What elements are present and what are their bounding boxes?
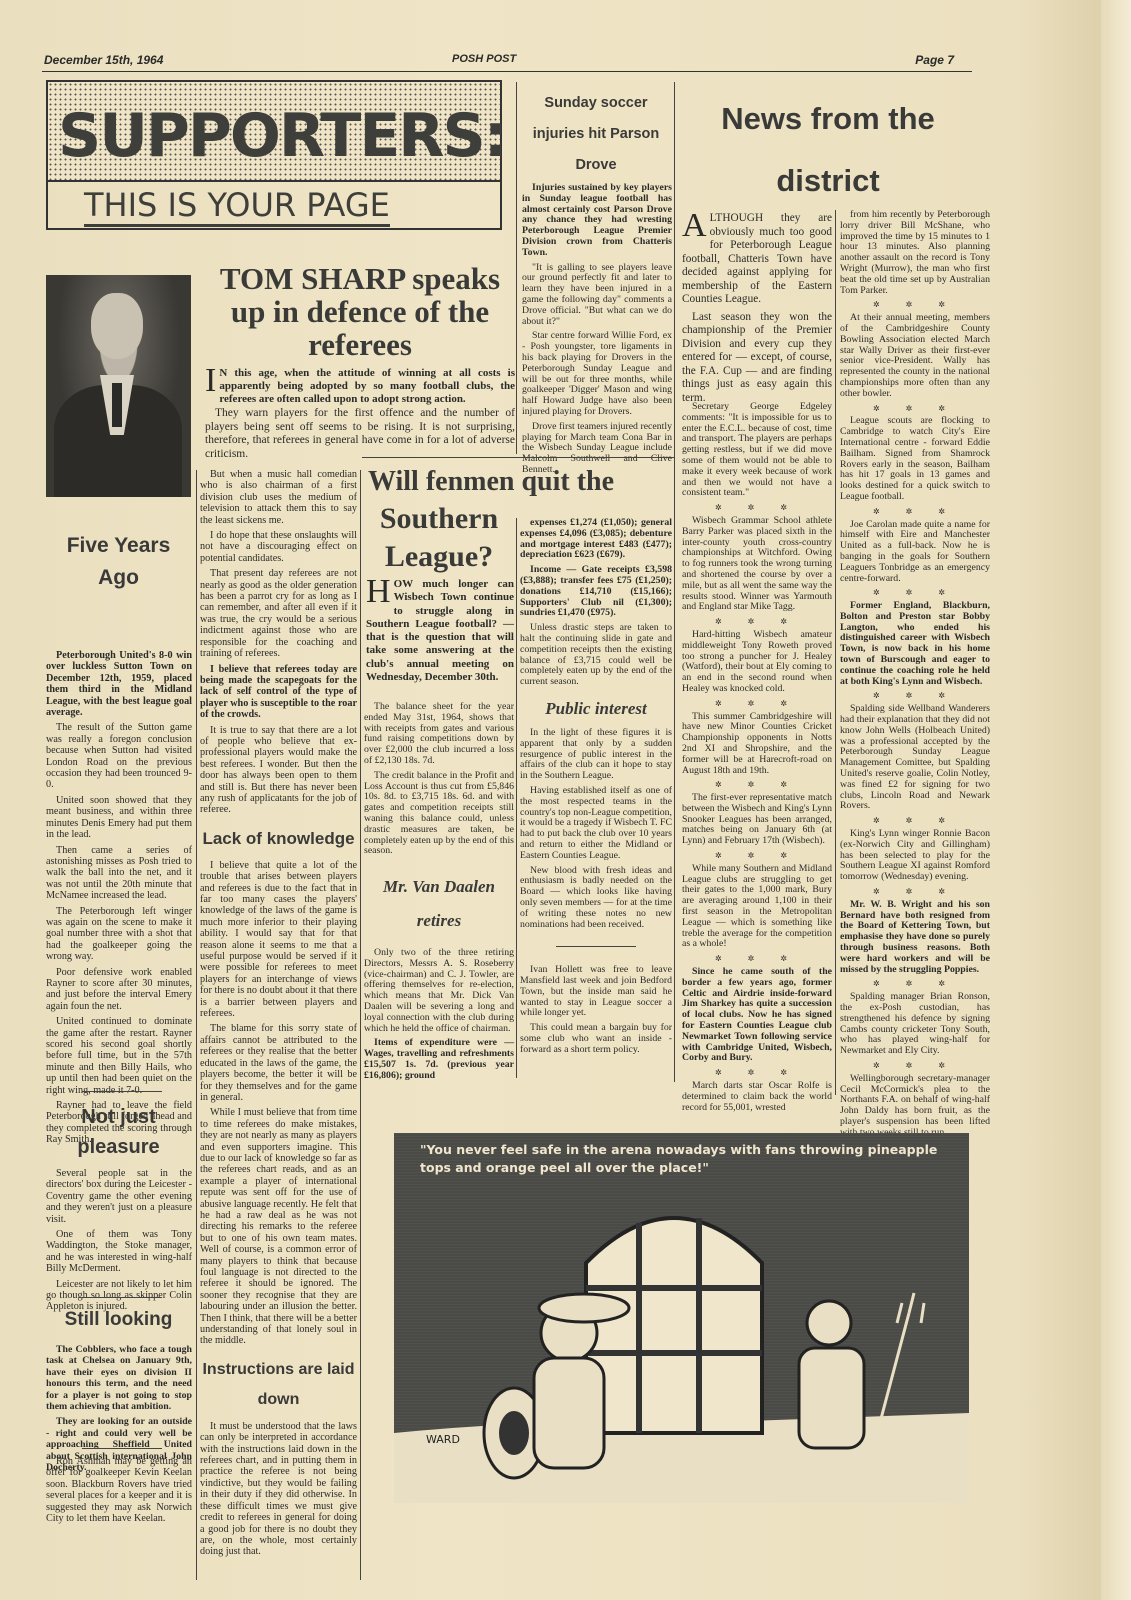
district-news-item: from him recently by Peterborough lorry …	[840, 210, 990, 296]
fenmen-body: The balance sheet for the year ended May…	[364, 702, 514, 861]
district-news-item: King's Lynn winger Ronnie Bacon (ex-Norw…	[840, 829, 990, 883]
not-just-pleasure-body: Several people sat in the directors' box…	[46, 1168, 192, 1317]
district-news-item: At their annual meeting, members of the …	[840, 313, 990, 399]
district-news-item: This summer Cambridgeshire will have new…	[682, 712, 832, 777]
newspaper-page: December 15th, 1964 POSH POST Page 7 SUP…	[0, 0, 1131, 1600]
column-rule	[674, 82, 675, 1082]
column-rule	[835, 210, 836, 1095]
district-news-item: League scouts are flocking to Cambridge …	[840, 416, 990, 502]
subhead-public-interest: Public interest	[520, 694, 672, 724]
drop-cap: A	[682, 212, 707, 240]
not-just-pleasure-headline: Not just pleasure	[46, 1102, 191, 1162]
fenmen-lead: HOW much longer can Wisbech Town continu…	[366, 578, 514, 684]
cartoon: "You never feel safe in the arena nowada…	[394, 1133, 969, 1503]
item-separator: ✲ ✲ ✲	[840, 816, 990, 827]
section-divider	[82, 1091, 162, 1092]
page-edge	[1101, 0, 1131, 1600]
district-headline: News from the district	[678, 88, 978, 212]
item-separator: ✲ ✲ ✲	[682, 1068, 832, 1079]
item-separator: ✲ ✲ ✲	[840, 887, 990, 898]
fenmen-headline-line2: Southern League?	[364, 500, 514, 576]
still-looking-headline: Still looking	[46, 1306, 191, 1334]
ashman-item: Ron Ashman may be getting an offer for g…	[46, 1456, 192, 1528]
banner-title: SUPPORTERS:	[58, 96, 498, 176]
district-news-item: Spalding manager Brian Ronson, the ex-Po…	[840, 992, 990, 1057]
tom-sharp-lead: IN this age, when the attitude of winnin…	[205, 367, 515, 406]
lead-text: N this age, when the attitude of winning…	[219, 367, 515, 405]
item-separator: ✲ ✲ ✲	[682, 851, 832, 862]
district-news-item: Hard-hitting Wisbech amateur middleweigh…	[682, 630, 832, 695]
district-news-item: Wellingborough secretary-manager Cecil M…	[840, 1074, 990, 1139]
district-news-item: Spalding side Wellband Wanderers had the…	[840, 704, 990, 812]
five-years-headline: Five Years Ago	[46, 530, 191, 594]
section-rule	[362, 457, 674, 458]
supporters-banner: SUPPORTERS: THIS IS YOUR PAGE	[46, 80, 502, 230]
van-daalen-body: Only two of the three retiring Directors…	[364, 948, 514, 1086]
column-rule	[360, 470, 361, 1580]
tom-sharp-photo	[46, 275, 191, 497]
district-news-item: While many Southern and Midland League c…	[682, 864, 832, 950]
page-number: Page 7	[915, 53, 954, 67]
item-separator: ✲ ✲ ✲	[682, 503, 832, 514]
district-news-item: March darts star Oscar Rolfe is determin…	[682, 1081, 832, 1113]
sunday-soccer-headline: Sunday soccer injuries hit Parson Drove	[520, 88, 672, 181]
face	[91, 293, 143, 359]
district-news-item: Mr. W. B. Wright and his son Bernard hav…	[840, 900, 990, 976]
sunday-soccer-body: Injuries sustained by key players in Sun…	[522, 183, 672, 480]
district-news-item: Wisbech Grammar School athlete Barry Par…	[682, 516, 832, 613]
tie	[112, 383, 122, 427]
drop-cap: I	[205, 367, 216, 395]
tom-sharp-headline: TOM SHARP speaks up in defence of the re…	[200, 262, 520, 361]
item-separator: ✲ ✲ ✲	[840, 691, 990, 702]
cartoonist-signature: WARD	[426, 1433, 460, 1446]
item-separator: ✲ ✲ ✲	[682, 699, 832, 710]
section-divider	[82, 1448, 162, 1449]
fenmen-finances: expenses £1,274 (£1,050); general expens…	[520, 518, 672, 1060]
cartoon-caption: "You never feel safe in the arena nowada…	[420, 1141, 950, 1177]
item-separator: ✲ ✲ ✲	[840, 507, 990, 518]
district-items-col2: from him recently by Peterborough lorry …	[840, 210, 990, 1143]
item-separator: ✲ ✲ ✲	[840, 300, 990, 311]
item-separator: ✲ ✲ ✲	[840, 404, 990, 415]
tom-sharp-body: But when a music hall comedian who is al…	[200, 469, 357, 1562]
column-rule	[516, 518, 517, 1078]
gladiator-illustration	[394, 1183, 969, 1503]
fenmen-headline-line1: Will fenmen quit the	[364, 464, 670, 500]
page-header: December 15th, 1964 POSH POST Page 7	[42, 52, 972, 72]
district-lead: ALTHOUGH they are obviously much too goo…	[682, 212, 832, 409]
item-separator: ✲ ✲ ✲	[840, 1061, 990, 1072]
five-years-body: Peterborough United's 8-0 win over luckl…	[46, 650, 192, 1150]
column-rule	[516, 82, 517, 454]
item-separator: ✲ ✲ ✲	[840, 979, 990, 990]
publication-name: POSH POST	[452, 53, 516, 65]
item-separator: ✲ ✲ ✲	[840, 588, 990, 599]
section-divider	[82, 1297, 162, 1298]
subhead-lack-of-knowledge: Lack of knowledge	[200, 824, 357, 854]
district-news-item: Secretary George Edgeley comments: "It i…	[682, 402, 832, 499]
banner-subtitle: THIS IS YOUR PAGE	[84, 186, 390, 227]
drop-cap: H	[366, 578, 391, 606]
van-daalen-headline: Mr. Van Daalen retires	[364, 870, 514, 938]
section-divider	[556, 946, 636, 947]
district-news-item: Former England, Blackburn, Bolton and Pr…	[840, 601, 990, 687]
district-news-item: Since he came south of the border a few …	[682, 967, 832, 1064]
district-items-col1: Secretary George Edgeley comments: "It i…	[682, 402, 832, 1117]
district-news-item: The first-ever representative match betw…	[682, 793, 832, 847]
item-separator: ✲ ✲ ✲	[682, 617, 832, 628]
district-news-item: Joe Carolan made quite a name for himsel…	[840, 520, 990, 585]
item-separator: ✲ ✲ ✲	[682, 954, 832, 965]
subhead-instructions: Instructions are laid down	[200, 1355, 357, 1415]
item-separator: ✲ ✲ ✲	[682, 780, 832, 791]
issue-date: December 15th, 1964	[44, 53, 163, 67]
column-rule	[196, 470, 197, 1580]
